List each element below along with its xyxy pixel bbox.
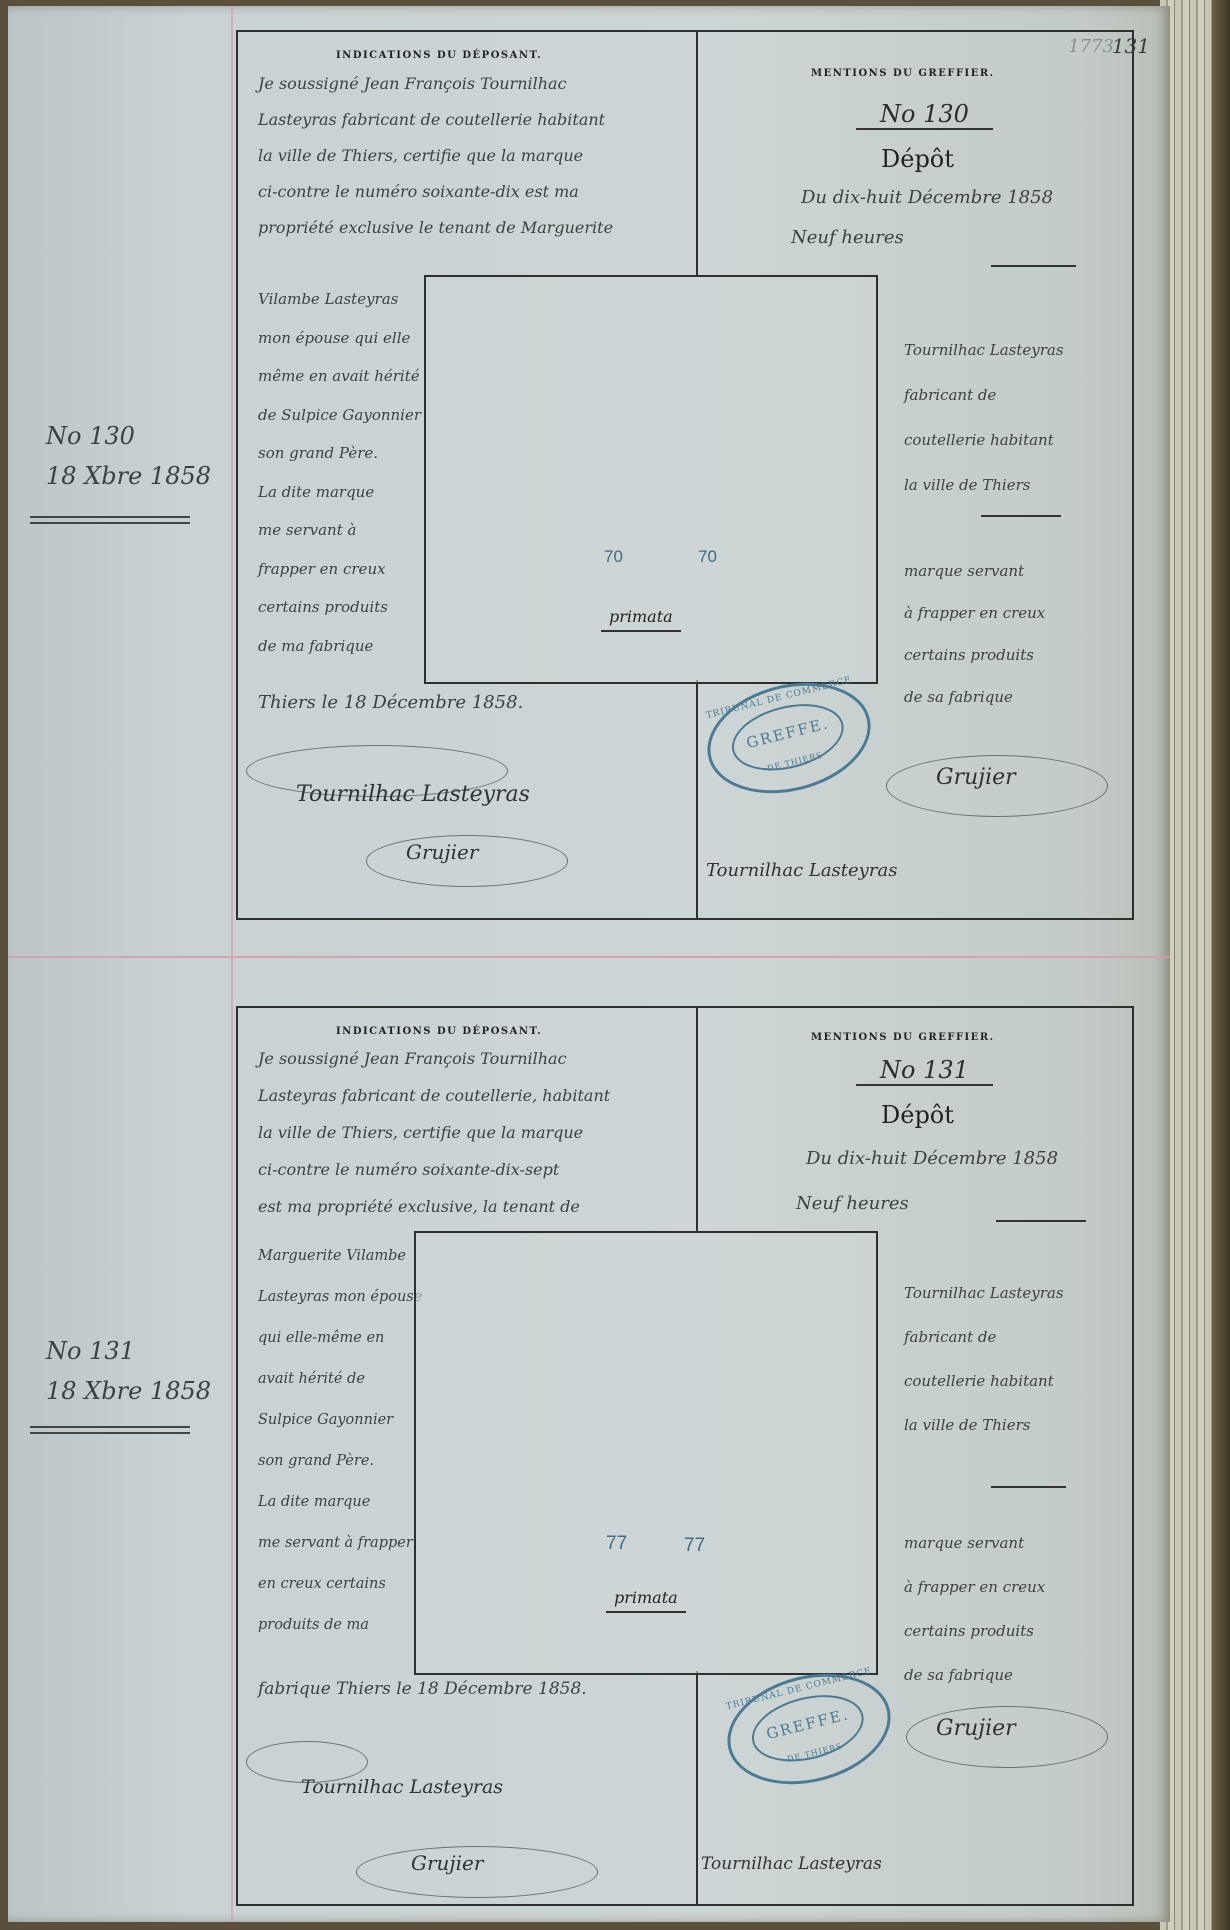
greffier-usage-description: marque servant à frapper en creux certai… <box>904 1521 1124 1697</box>
depot-title: Dépôt <box>881 145 954 173</box>
deposant-closing-date: fabrique Thiers le 18 Décembre 1858. <box>258 1671 587 1707</box>
separator-rule <box>991 1486 1066 1488</box>
deposant-declaration: Je soussigné Jean François Tournilhac La… <box>258 1040 688 1225</box>
owner-line: Tournilhac Lasteyras <box>904 328 1124 373</box>
greffier-entry-number: No 131 <box>856 1056 993 1086</box>
owner-line: la ville de Thiers <box>904 1403 1124 1447</box>
owner-line: fabricant de <box>904 1315 1124 1359</box>
declaration-line: La dite marque <box>258 473 408 512</box>
declaration-line: son grand Père. <box>258 1441 408 1482</box>
separator-rule <box>981 515 1061 517</box>
margin-note-rule <box>30 522 190 524</box>
owner-line: coutellerie habitant <box>904 1359 1124 1403</box>
declaration-line: propriété exclusive le tenant de Marguer… <box>258 210 688 246</box>
deposit-time: Neuf heures <box>796 1186 909 1222</box>
margin-rule-vertical <box>231 6 233 1922</box>
declaration-line: Lasteyras fabricant de coutellerie habit… <box>258 102 688 138</box>
margin-note-date: 18 Xbre 1858 <box>46 1371 211 1411</box>
margin-note-rule <box>30 1432 190 1434</box>
deposit-time: Neuf heures <box>791 220 904 256</box>
deposant-closing-date: Thiers le 18 Décembre 1858. <box>258 685 523 721</box>
declaration-line: Je soussigné Jean François Tournilhac <box>258 1040 688 1077</box>
greffier-owner-description: Tournilhac Lasteyras fabricant de coutel… <box>904 1271 1124 1447</box>
owner-line: coutellerie habitant <box>904 418 1124 463</box>
declaration-line: son grand Père. <box>258 434 408 473</box>
usage-line: de sa fabrique <box>904 676 1124 718</box>
declaration-line: la ville de Thiers, certifie que la marq… <box>258 138 688 174</box>
declaration-line: La dite marque <box>258 1482 408 1523</box>
deposant-declaration-continued: Vilambe Lasteyras mon épouse qui elle mê… <box>258 280 408 665</box>
margin-note-rule <box>30 1426 190 1428</box>
column-divider <box>696 680 698 920</box>
separator-rule <box>996 1220 1086 1222</box>
declaration-line: me servant à <box>258 511 408 550</box>
greffier-entry-number: No 130 <box>856 100 993 130</box>
greffier-owner-description: Tournilhac Lasteyras fabricant de coutel… <box>904 328 1124 508</box>
greffier-signature: Grujier <box>406 840 478 864</box>
deposant-declaration: Je soussigné Jean François Tournilhac La… <box>258 66 688 246</box>
declaration-line: est ma propriété exclusive, la tenant de <box>258 1188 688 1225</box>
depot-title: Dépôt <box>881 1101 954 1129</box>
mark-number-right: 70 <box>698 547 717 567</box>
usage-line: certains produits <box>904 1609 1124 1653</box>
mark-label: primata <box>601 607 681 632</box>
trademark-imprint-box: 70 70 primata <box>424 275 878 684</box>
register-entry-131: INDICATIONS DU DÉPOSANT. MENTIONS DU GRE… <box>236 1006 1136 1906</box>
declaration-line: mon épouse qui elle <box>258 319 408 358</box>
usage-line: à frapper en creux <box>904 592 1124 634</box>
declaration-line: Je soussigné Jean François Tournilhac <box>258 66 688 102</box>
column-divider <box>696 30 698 275</box>
margin-note-number: No 131 <box>46 1331 211 1371</box>
greffier-signature: Grujier <box>411 1851 483 1875</box>
greffier-signature-right: Grujier <box>936 1716 1016 1741</box>
declaration-line: frapper en creux <box>258 550 408 589</box>
declaration-line: Lasteyras fabricant de coutellerie, habi… <box>258 1077 688 1114</box>
greffier-signature-right: Grujier <box>936 765 1016 790</box>
declaration-line: qui elle-même en <box>258 1318 408 1359</box>
deposant-signature: Tournilhac Lasteyras <box>296 782 530 807</box>
mark-number-left: 77 <box>606 1533 627 1555</box>
deposant-signature: Tournilhac Lasteyras <box>301 1776 503 1798</box>
declaration-line: produits de ma <box>258 1605 408 1646</box>
declaration-line: la ville de Thiers, certifie que la marq… <box>258 1114 688 1151</box>
column-divider <box>696 1006 698 1231</box>
register-entry-130: INDICATIONS DU DÉPOSANT. MENTIONS DU GRE… <box>236 30 1136 920</box>
greffier-header: MENTIONS DU GREFFIER. <box>811 1032 995 1043</box>
margin-rule-horizontal <box>8 956 1170 958</box>
greffier-header: MENTIONS DU GREFFIER. <box>811 68 995 79</box>
declaration-line: même en avait hérité <box>258 357 408 396</box>
usage-line: marque servant <box>904 550 1124 592</box>
separator-rule <box>991 265 1076 267</box>
usage-line: marque servant <box>904 1521 1124 1565</box>
declaration-line: en creux certains <box>258 1564 408 1605</box>
declaration-line: me servant à frapper <box>258 1523 408 1564</box>
margin-note-rule <box>30 516 190 518</box>
declaration-line: Marguerite Vilambe <box>258 1236 408 1277</box>
usage-line: certains produits <box>904 634 1124 676</box>
usage-line: de sa fabrique <box>904 1653 1124 1697</box>
declaration-line: Sulpice Gayonnier <box>258 1400 408 1441</box>
declaration-line: certains produits <box>258 588 408 627</box>
owner-line: fabricant de <box>904 373 1124 418</box>
margin-note-date: 18 Xbre 1858 <box>46 456 211 496</box>
declaration-line: ci-contre le numéro soixante-dix est ma <box>258 174 688 210</box>
declaration-line: de ma fabrique <box>258 627 408 666</box>
margin-note-131: No 131 18 Xbre 1858 <box>46 1331 211 1411</box>
deposant-header: INDICATIONS DU DÉPOSANT. <box>336 50 542 61</box>
deposit-date: Du dix-huit Décembre 1858 <box>806 1141 1058 1177</box>
mark-label: primata <box>606 1588 686 1613</box>
usage-line: à frapper en creux <box>904 1565 1124 1609</box>
mark-number-left: 70 <box>604 547 623 567</box>
book-cover-edge <box>1212 0 1230 1930</box>
margin-note-number: No 130 <box>46 416 211 456</box>
mark-number-right: 77 <box>684 1535 705 1557</box>
register-page: 1773 131 No 130 18 Xbre 1858 No 131 18 X… <box>8 6 1170 1922</box>
deposant-signature-right: Tournilhac Lasteyras <box>701 1854 882 1874</box>
deposant-signature-right: Tournilhac Lasteyras <box>706 860 897 881</box>
deposit-date: Du dix-huit Décembre 1858 <box>801 180 1053 216</box>
trademark-imprint-box: 77 77 primata <box>414 1231 878 1675</box>
greffier-usage-description: marque servant à frapper en creux certai… <box>904 550 1124 718</box>
margin-note-130: No 130 18 Xbre 1858 <box>46 416 211 496</box>
owner-line: la ville de Thiers <box>904 463 1124 508</box>
deposant-header: INDICATIONS DU DÉPOSANT. <box>336 1026 542 1037</box>
declaration-line: Lasteyras mon épouse <box>258 1277 408 1318</box>
declaration-line: avait hérité de <box>258 1359 408 1400</box>
column-divider <box>696 1671 698 1906</box>
deposant-declaration-continued: Marguerite Vilambe Lasteyras mon épouse … <box>258 1236 408 1646</box>
declaration-line: de Sulpice Gayonnier <box>258 396 408 435</box>
owner-line: Tournilhac Lasteyras <box>904 1271 1124 1315</box>
declaration-line: Vilambe Lasteyras <box>258 280 408 319</box>
declaration-line: ci-contre le numéro soixante-dix-sept <box>258 1151 688 1188</box>
